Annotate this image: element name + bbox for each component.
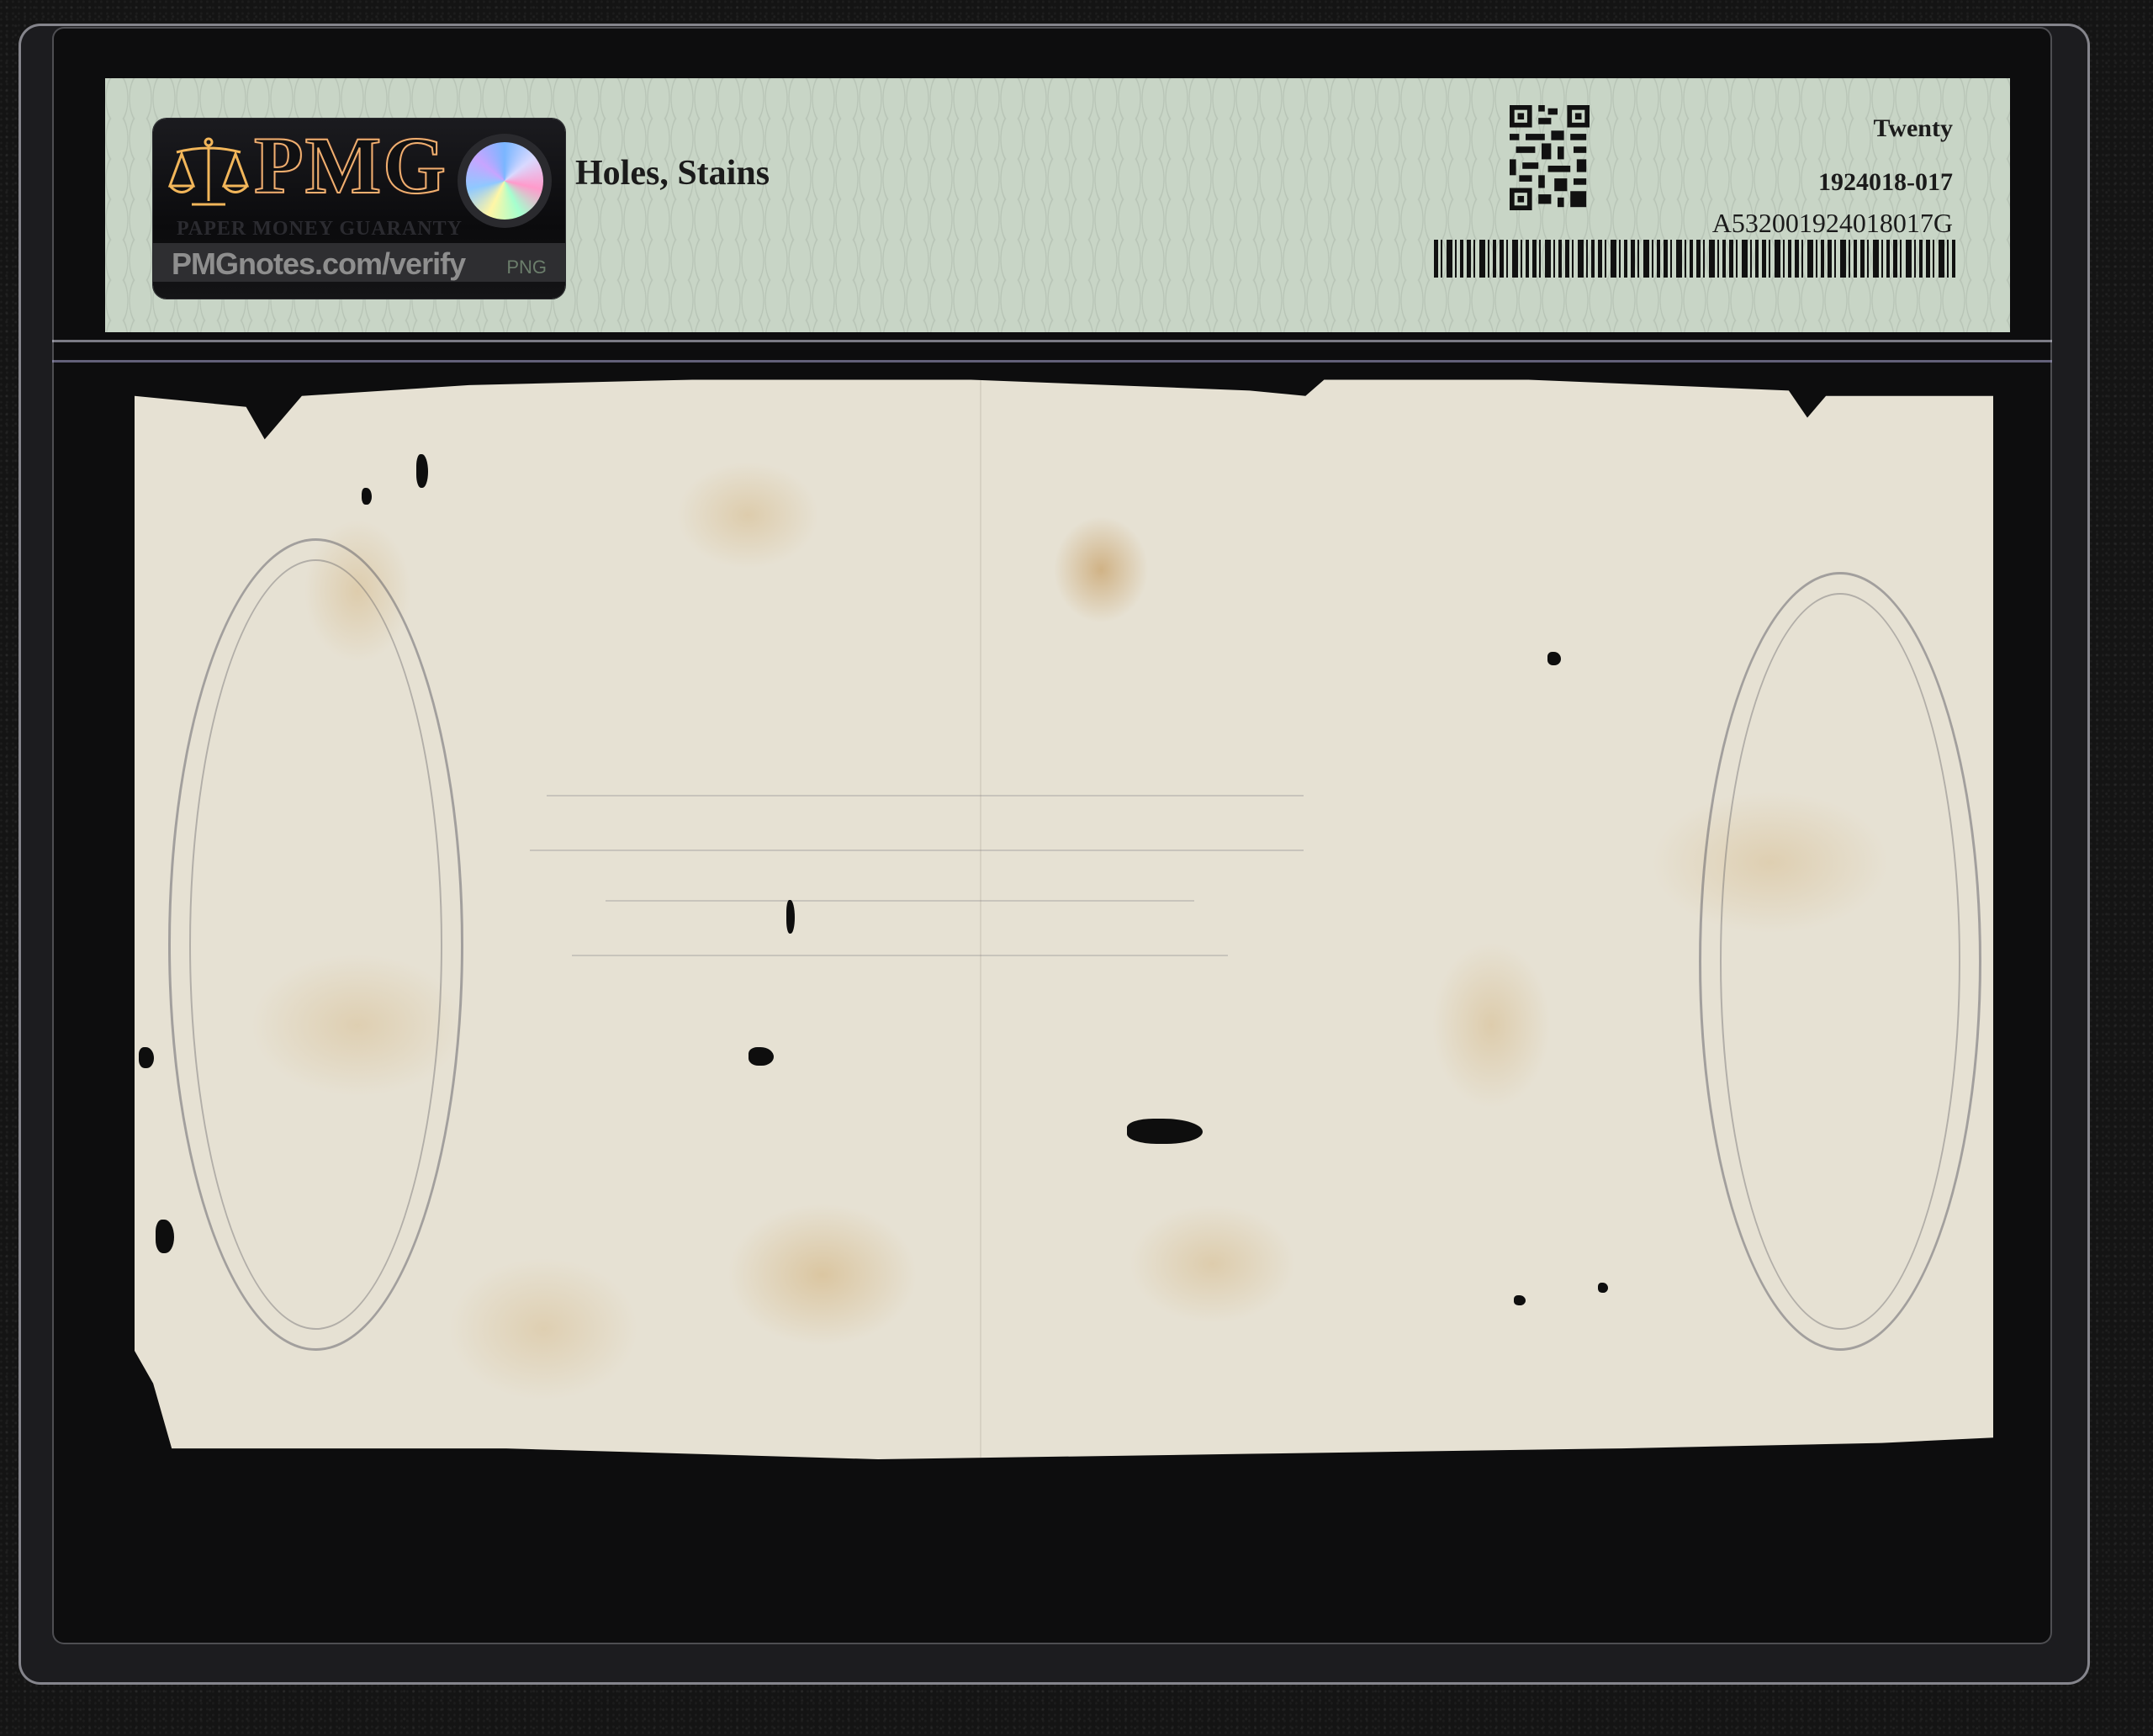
hole xyxy=(1127,1119,1203,1144)
country-code: PNG xyxy=(506,257,547,278)
pmg-logo: PMG xyxy=(254,124,447,208)
script-line xyxy=(606,900,1194,902)
pmg-hologram-sticker: PMG PAPER MONEY GUARANTY PMGnotes.com/ve… xyxy=(153,119,565,299)
hole xyxy=(1514,1295,1526,1305)
banknote-back xyxy=(135,374,1993,1459)
script-line xyxy=(572,955,1228,956)
qr-code-icon[interactable] xyxy=(1510,105,1590,210)
hole xyxy=(362,488,372,505)
verify-url[interactable]: PMGnotes.com/verify xyxy=(172,246,465,282)
cert-number: 1924018-017 xyxy=(1818,168,1953,197)
barcode xyxy=(1434,240,1955,278)
barcode-serial: A532001924018017G xyxy=(1712,208,1953,239)
fold-line xyxy=(980,374,981,1459)
hole xyxy=(1598,1283,1608,1293)
grade-comments: Holes, Stains xyxy=(575,153,770,193)
holder-rail-bottom xyxy=(52,360,2052,363)
hole xyxy=(156,1220,174,1253)
hole xyxy=(139,1047,154,1068)
script-line xyxy=(530,849,1304,851)
hole xyxy=(416,454,428,488)
hole xyxy=(1547,652,1561,665)
denomination: Twenty xyxy=(1874,114,1953,143)
hole xyxy=(749,1047,774,1066)
holder-rail-top xyxy=(52,340,2052,342)
ornamental-oval-right xyxy=(1699,572,1981,1351)
script-line xyxy=(547,795,1304,797)
sticker-tagline: PAPER MONEY GUARANTY xyxy=(177,218,463,241)
ornamental-oval-left xyxy=(168,538,463,1351)
hole xyxy=(786,900,795,934)
hologram-icon xyxy=(466,142,543,220)
scales-of-justice-icon xyxy=(167,135,251,211)
